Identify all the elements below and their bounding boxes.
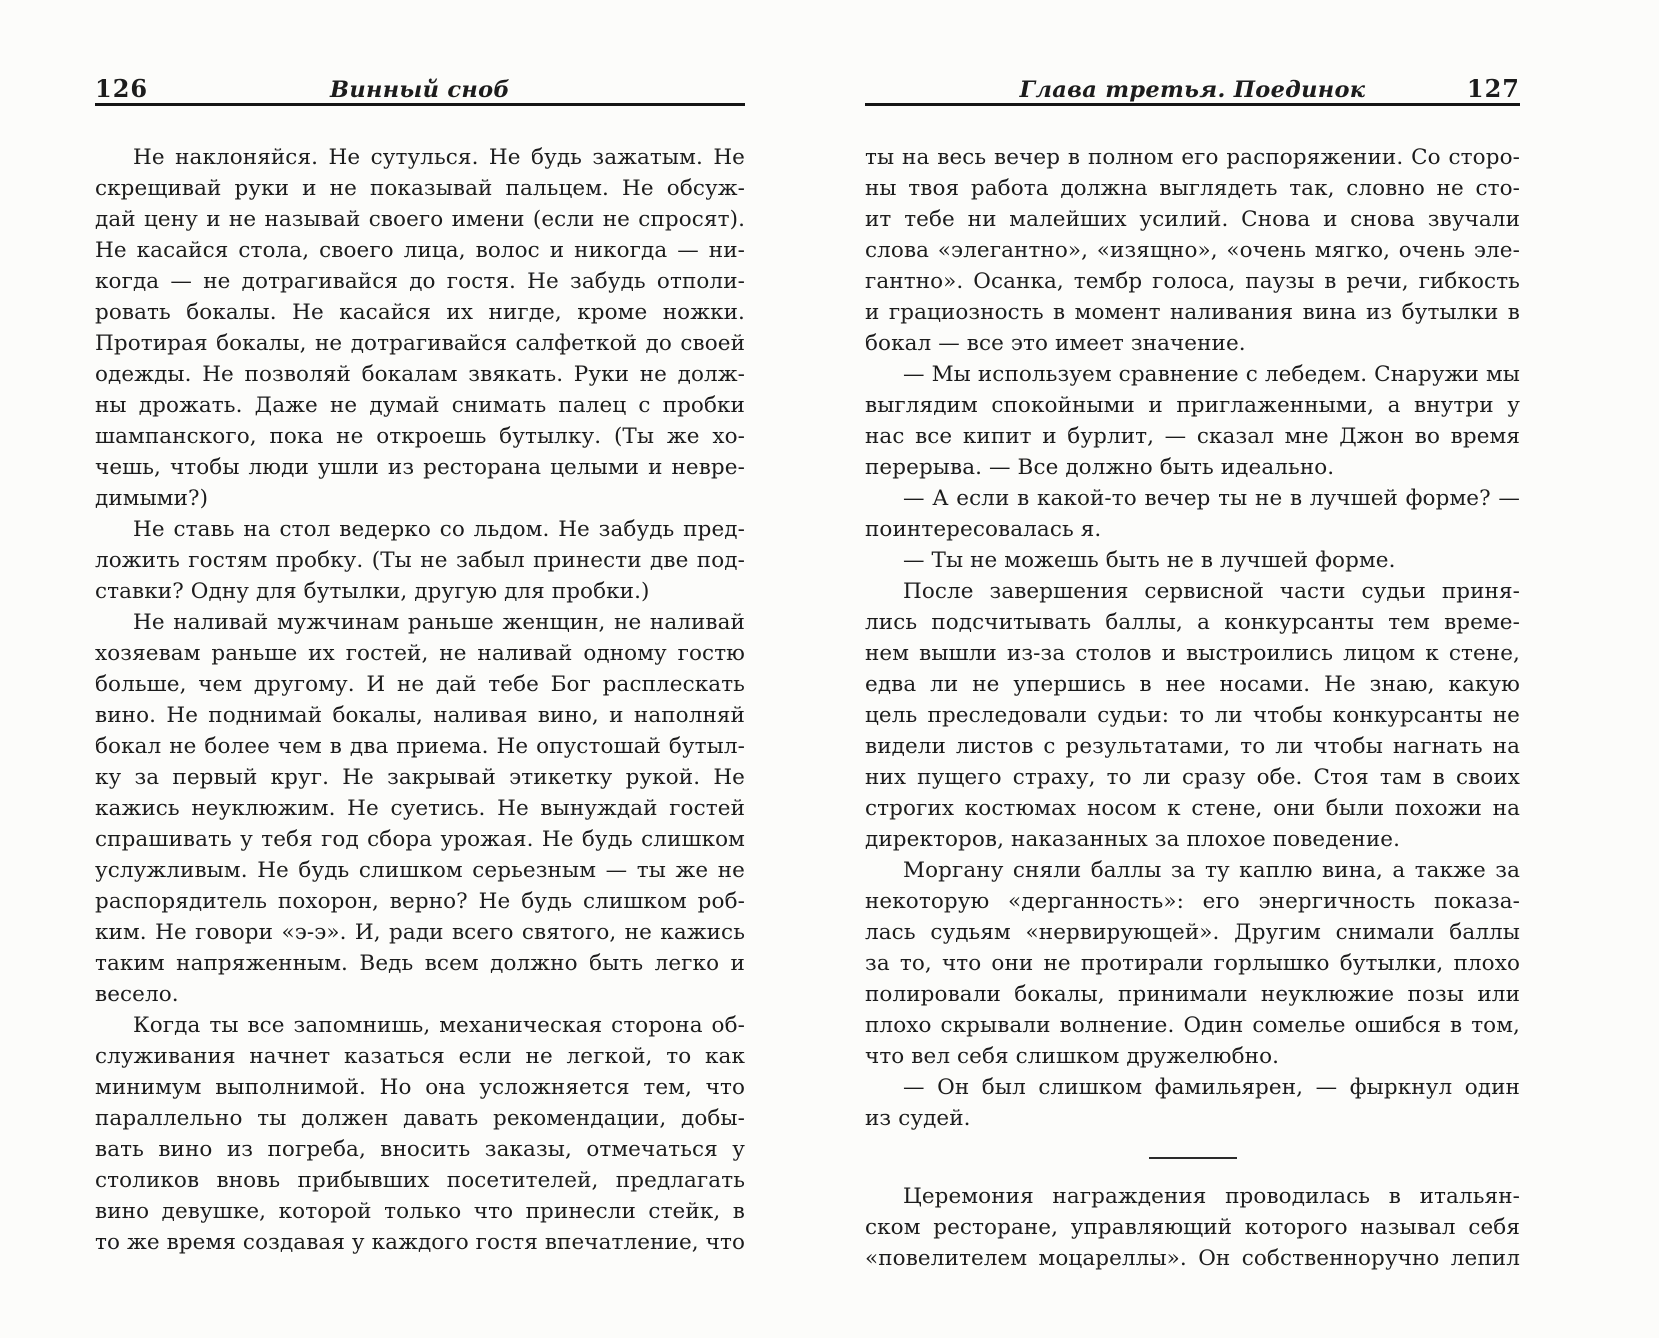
text-line: из судей. — [865, 1103, 1520, 1134]
right-page-body: ты на весь вечер в полном его распоряжен… — [865, 142, 1520, 1274]
text-line: когда — не дотрагивайся до гостя. Не заб… — [95, 266, 745, 297]
left-page: 126 Винный сноб Не наклоняйся. Не сутуль… — [95, 74, 745, 1258]
text-line: нем вышли из-за столов и выстроились лиц… — [865, 638, 1520, 669]
text-line: директоров, наказанных за плохое поведен… — [865, 824, 1520, 855]
right-page-number: 127 — [1430, 74, 1520, 103]
text-line: кажись неуклюжим. Не суетись. Не вынужда… — [95, 793, 745, 824]
section-divider — [865, 1134, 1520, 1181]
text-line: Не ставь на стол ведерко со льдом. Не за… — [95, 514, 745, 545]
text-line: Не касайся стола, своего лица, волос и н… — [95, 235, 745, 266]
text-line: дай цену и не называй своего имени (если… — [95, 204, 745, 235]
text-line: слова «элегантно», «изящно», «очень мягк… — [865, 235, 1520, 266]
text-line: Не наклоняйся. Не сутулься. Не будь зажа… — [95, 142, 745, 173]
text-line: скрещивай руки и не показывай пальцем. Н… — [95, 173, 745, 204]
text-line: — Он был слишком фамильярен, — фыркнул о… — [865, 1072, 1520, 1103]
text-line: хозяевам раньше их гостей, не наливай од… — [95, 638, 745, 669]
text-line: одежды. Не позволяй бокалам звякать. Рук… — [95, 359, 745, 390]
text-line: гантно». Осанка, тембр голоса, паузы в р… — [865, 266, 1520, 297]
text-line: нас все кипит и бурлит, — сказал мне Джо… — [865, 421, 1520, 452]
text-line: чешь, чтобы люди ушли из ресторана целым… — [95, 452, 745, 483]
text-line: — Мы используем сравнение с лебедем. Сна… — [865, 359, 1520, 390]
left-page-header: 126 Винный сноб — [95, 74, 745, 106]
text-line: минимум выполнимой. Но она усложняется т… — [95, 1072, 745, 1103]
text-line: весело. — [95, 979, 745, 1010]
text-line: за то, что они не протирали горлышко бут… — [865, 948, 1520, 979]
text-line: столиков вновь прибывших посетителей, пр… — [95, 1165, 745, 1196]
text-line: бокал не более чем в два приема. Не опус… — [95, 731, 745, 762]
text-line: строгих костюмах носом к стене, они были… — [865, 793, 1520, 824]
text-line: ровать бокалы. Не касайся их нигде, кром… — [95, 297, 745, 328]
text-line: ким. Не говори «э-э». И, ради всего свят… — [95, 917, 745, 948]
text-line: служивания начнет казаться если не легко… — [95, 1041, 745, 1072]
text-line: поинтересовалась я. — [865, 514, 1520, 545]
text-line: вино. Не поднимай бокалы, наливая вино, … — [95, 700, 745, 731]
text-line: вать вино из погреба, вносить заказы, от… — [95, 1134, 745, 1165]
text-line: — Ты не можешь быть не в лучшей форме. — [865, 545, 1520, 576]
text-line: бокал — все это имеет значение. — [865, 328, 1520, 359]
text-line: видели листов с результатами, то ли чтоб… — [865, 731, 1520, 762]
text-line: После завершения сервисной части судьи п… — [865, 576, 1520, 607]
text-line: ложить гостям пробку. (Ты не забыл прине… — [95, 545, 745, 576]
text-line: Не наливай мужчинам раньше женщин, не на… — [95, 607, 745, 638]
text-line: плохо скрывали волнение. Один сомелье ош… — [865, 1010, 1520, 1041]
text-line: ты на весь вечер в полном его распоряжен… — [865, 142, 1520, 173]
text-line: спрашивать у тебя год сбора урожая. Не б… — [95, 824, 745, 855]
text-line: димыми?) — [95, 483, 745, 514]
text-line: то же время создавая у каждого гостя впе… — [95, 1227, 745, 1258]
left-running-title: Винный сноб — [185, 77, 655, 103]
right-running-title: Глава третья. Поединок — [955, 77, 1430, 103]
text-line: таким напряженным. Ведь всем должно быть… — [95, 948, 745, 979]
text-line: едва ли не упершись в нее носами. Не зна… — [865, 669, 1520, 700]
text-line: цель преследовали судьи: то ли чтобы кон… — [865, 700, 1520, 731]
left-page-number: 126 — [95, 74, 185, 103]
text-line: шампанского, пока не откроешь бутылку. (… — [95, 421, 745, 452]
text-line: больше, чем другому. И не дай тебе Бог р… — [95, 669, 745, 700]
text-line: распорядитель похорон, верно? Не будь сл… — [95, 886, 745, 917]
text-line: Протирая бокалы, не дотрагивайся салфетк… — [95, 328, 745, 359]
text-line: параллельно ты должен давать рекомендаци… — [95, 1103, 745, 1134]
text-line: лись подсчитывать баллы, а конкурсанты т… — [865, 607, 1520, 638]
right-page: Глава третья. Поединок 127 ты на весь ве… — [865, 74, 1520, 1274]
text-line: Церемония награждения проводилась в итал… — [865, 1181, 1520, 1212]
text-line: ку за первый круг. Не закрывай этикетку … — [95, 762, 745, 793]
text-line: и грациозность в момент наливания вина и… — [865, 297, 1520, 328]
text-line: услужливым. Не будь слишком серьезным — … — [95, 855, 745, 886]
text-line: ны дрожать. Даже не думай снимать палец … — [95, 390, 745, 421]
text-line: ском ресторане, управляющий которого наз… — [865, 1212, 1520, 1243]
text-line: ставки? Одну для бутылки, другую для про… — [95, 576, 745, 607]
text-line: Моргану сняли баллы за ту каплю вина, а … — [865, 855, 1520, 886]
left-page-body: Не наклоняйся. Не сутулься. Не будь зажа… — [95, 142, 745, 1258]
text-line: лась судьям «нервирующей». Другим снимал… — [865, 917, 1520, 948]
text-line: — А если в какой-то вечер ты не в лучшей… — [865, 483, 1520, 514]
text-line: выглядим спокойными и приглаженными, а в… — [865, 390, 1520, 421]
book-scan-spread: 126 Винный сноб Не наклоняйся. Не сутуль… — [0, 0, 1659, 1338]
text-line: Когда ты все запомнишь, механическая сто… — [95, 1010, 745, 1041]
text-line: ны твоя работа должна выглядеть так, сло… — [865, 173, 1520, 204]
section-divider-rule — [1149, 1157, 1237, 1159]
right-page-header: Глава третья. Поединок 127 — [865, 74, 1520, 106]
text-line: что вел себя слишком дружелюбно. — [865, 1041, 1520, 1072]
text-line: некоторую «дерганность»: его энергичност… — [865, 886, 1520, 917]
text-line: «повелителем моцареллы». Он собственнору… — [865, 1243, 1520, 1274]
text-line: перерыва. — Все должно быть идеально. — [865, 452, 1520, 483]
text-line: вино девушке, которой только что принесл… — [95, 1196, 745, 1227]
text-line: ит тебе ни малейших усилий. Снова и снов… — [865, 204, 1520, 235]
text-line: полировали бокалы, принимали неуклюжие п… — [865, 979, 1520, 1010]
text-line: них пущего страху, то ли сразу обе. Стоя… — [865, 762, 1520, 793]
